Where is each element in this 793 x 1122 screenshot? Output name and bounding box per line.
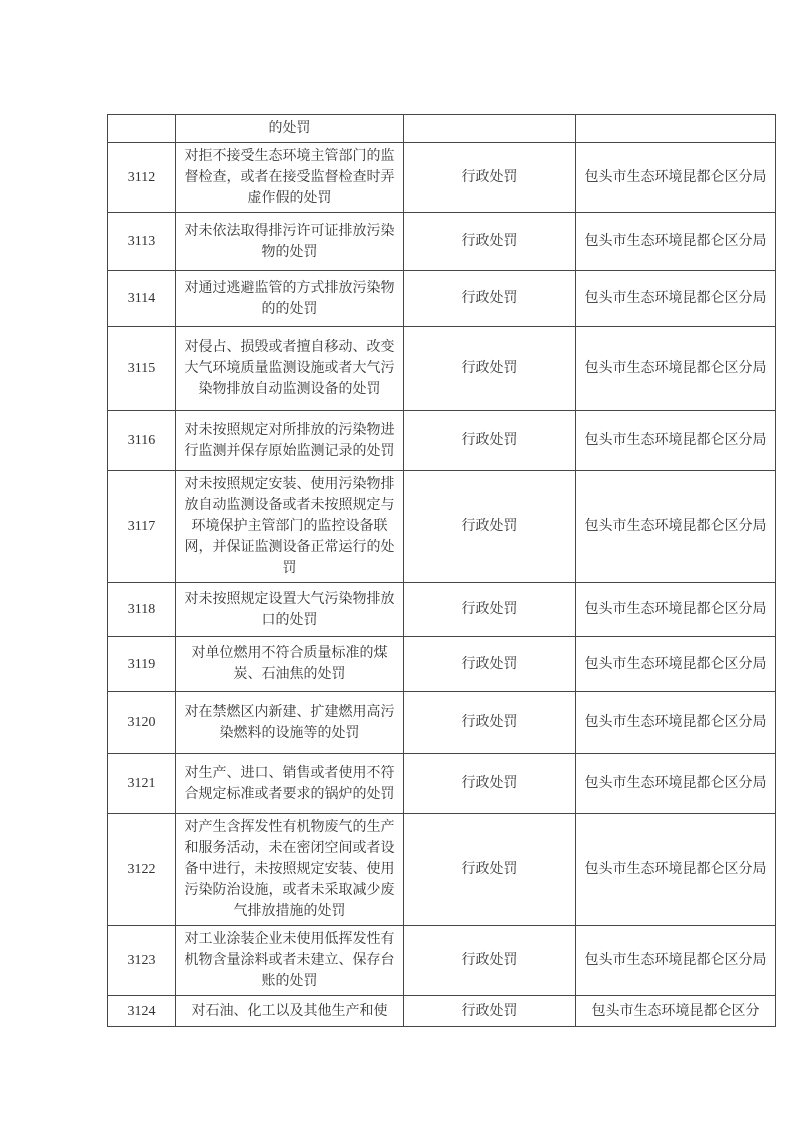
penalty-type-cell: 行政处罚: [404, 637, 576, 692]
authority-cell: 包头市生态环境昆都仑区分局: [576, 213, 776, 271]
table-row: 3115 对侵占、损毁或者擅自移动、改变大气环境质量监测设施或者大气污染物排放自…: [108, 327, 776, 411]
description-cell: 对未依法取得排污许可证排放污染物的处罚: [176, 213, 404, 271]
row-id-cell: 3113: [108, 213, 176, 271]
table-row: 3119 对单位燃用不符合质量标准的煤炭、石油焦的处罚 行政处罚 包头市生态环境…: [108, 637, 776, 692]
document-page: 的处罚 3112 对拒不接受生态环境主管部门的监督检查，或者在接受监督检查时弄虚…: [0, 0, 793, 1122]
authority-cell: 包头市生态环境昆都仑区分局: [576, 637, 776, 692]
row-id-cell: 3118: [108, 583, 176, 637]
penalty-type-cell: 行政处罚: [404, 754, 576, 814]
authority-cell: 包头市生态环境昆都仑区分局: [576, 143, 776, 213]
penalty-type-cell: 行政处罚: [404, 411, 576, 471]
description-cell: 对未按照规定安装、使用污染物排放自动监测设备或者未按照规定与环境保护主管部门的监…: [176, 471, 404, 583]
table-row: 的处罚: [108, 115, 776, 143]
table-row: 3113 对未依法取得排污许可证排放污染物的处罚 行政处罚 包头市生态环境昆都仑…: [108, 213, 776, 271]
penalty-type-cell: 行政处罚: [404, 814, 576, 926]
row-id-cell: 3116: [108, 411, 176, 471]
penalty-type-cell: 行政处罚: [404, 583, 576, 637]
description-cell: 对通过逃避监管的方式排放污染物的的处罚: [176, 271, 404, 327]
authority-cell: 包头市生态环境昆都仑区分局: [576, 754, 776, 814]
description-cell: 对未按照规定对所排放的污染物进行监测并保存原始监测记录的处罚: [176, 411, 404, 471]
table-row: 3116 对未按照规定对所排放的污染物进行监测并保存原始监测记录的处罚 行政处罚…: [108, 411, 776, 471]
authority-cell: 包头市生态环境昆都仑区分局: [576, 814, 776, 926]
penalty-items-table: 的处罚 3112 对拒不接受生态环境主管部门的监督检查，或者在接受监督检查时弄虚…: [107, 114, 776, 1027]
authority-cell: 包头市生态环境昆都仑区分局: [576, 692, 776, 754]
description-cell: 对单位燃用不符合质量标准的煤炭、石油焦的处罚: [176, 637, 404, 692]
description-cell: 对侵占、损毁或者擅自移动、改变大气环境质量监测设施或者大气污染物排放自动监测设备…: [176, 327, 404, 411]
row-id-cell: [108, 115, 176, 143]
row-id-cell: 3115: [108, 327, 176, 411]
table-row: 3122 对产生含挥发性有机物废气的生产和服务活动，未在密闭空间或者设备中进行，…: [108, 814, 776, 926]
authority-cell: 包头市生态环境昆都仑区分局: [576, 471, 776, 583]
penalty-type-cell: 行政处罚: [404, 271, 576, 327]
penalty-type-cell: 行政处罚: [404, 692, 576, 754]
penalty-type-cell: 行政处罚: [404, 327, 576, 411]
table-row: 3112 对拒不接受生态环境主管部门的监督检查，或者在接受监督检查时弄虚作假的处…: [108, 143, 776, 213]
authority-cell: 包头市生态环境昆都仑区分局: [576, 271, 776, 327]
table-row: 3124 对石油、化工以及其他生产和使 行政处罚 包头市生态环境昆都仑区分: [108, 996, 776, 1027]
description-cell: 对工业涂装企业未使用低挥发性有机物含量涂料或者未建立、保存台账的处罚: [176, 926, 404, 996]
penalty-type-cell: 行政处罚: [404, 996, 576, 1027]
penalty-type-cell: 行政处罚: [404, 143, 576, 213]
table-row: 3118 对未按照规定设置大气污染物排放口的处罚 行政处罚 包头市生态环境昆都仑…: [108, 583, 776, 637]
table-row: 3114 对通过逃避监管的方式排放污染物的的处罚 行政处罚 包头市生态环境昆都仑…: [108, 271, 776, 327]
authority-cell: 包头市生态环境昆都仑区分局: [576, 327, 776, 411]
table-row: 3120 对在禁燃区内新建、扩建燃用高污染燃料的设施等的处罚 行政处罚 包头市生…: [108, 692, 776, 754]
description-cell: 对生产、进口、销售或者使用不符合规定标准或者要求的锅炉的处罚: [176, 754, 404, 814]
description-cell: 的处罚: [176, 115, 404, 143]
description-cell: 对拒不接受生态环境主管部门的监督检查，或者在接受监督检查时弄虚作假的处罚: [176, 143, 404, 213]
row-id-cell: 3124: [108, 996, 176, 1027]
table-row: 3117 对未按照规定安装、使用污染物排放自动监测设备或者未按照规定与环境保护主…: [108, 471, 776, 583]
authority-cell: 包头市生态环境昆都仑区分局: [576, 926, 776, 996]
penalty-type-cell: 行政处罚: [404, 213, 576, 271]
row-id-cell: 3121: [108, 754, 176, 814]
row-id-cell: 3114: [108, 271, 176, 327]
description-cell: 对在禁燃区内新建、扩建燃用高污染燃料的设施等的处罚: [176, 692, 404, 754]
row-id-cell: 3112: [108, 143, 176, 213]
authority-cell: 包头市生态环境昆都仑区分局: [576, 411, 776, 471]
penalty-type-cell: 行政处罚: [404, 471, 576, 583]
authority-cell: [576, 115, 776, 143]
row-id-cell: 3122: [108, 814, 176, 926]
penalty-type-cell: 行政处罚: [404, 926, 576, 996]
table-row: 3121 对生产、进口、销售或者使用不符合规定标准或者要求的锅炉的处罚 行政处罚…: [108, 754, 776, 814]
row-id-cell: 3119: [108, 637, 176, 692]
description-cell: 对石油、化工以及其他生产和使: [176, 996, 404, 1027]
table-row: 3123 对工业涂装企业未使用低挥发性有机物含量涂料或者未建立、保存台账的处罚 …: [108, 926, 776, 996]
row-id-cell: 3123: [108, 926, 176, 996]
row-id-cell: 3117: [108, 471, 176, 583]
penalty-type-cell: [404, 115, 576, 143]
authority-cell: 包头市生态环境昆都仑区分: [576, 996, 776, 1027]
authority-cell: 包头市生态环境昆都仑区分局: [576, 583, 776, 637]
description-cell: 对未按照规定设置大气污染物排放口的处罚: [176, 583, 404, 637]
description-cell: 对产生含挥发性有机物废气的生产和服务活动，未在密闭空间或者设备中进行，未按照规定…: [176, 814, 404, 926]
row-id-cell: 3120: [108, 692, 176, 754]
